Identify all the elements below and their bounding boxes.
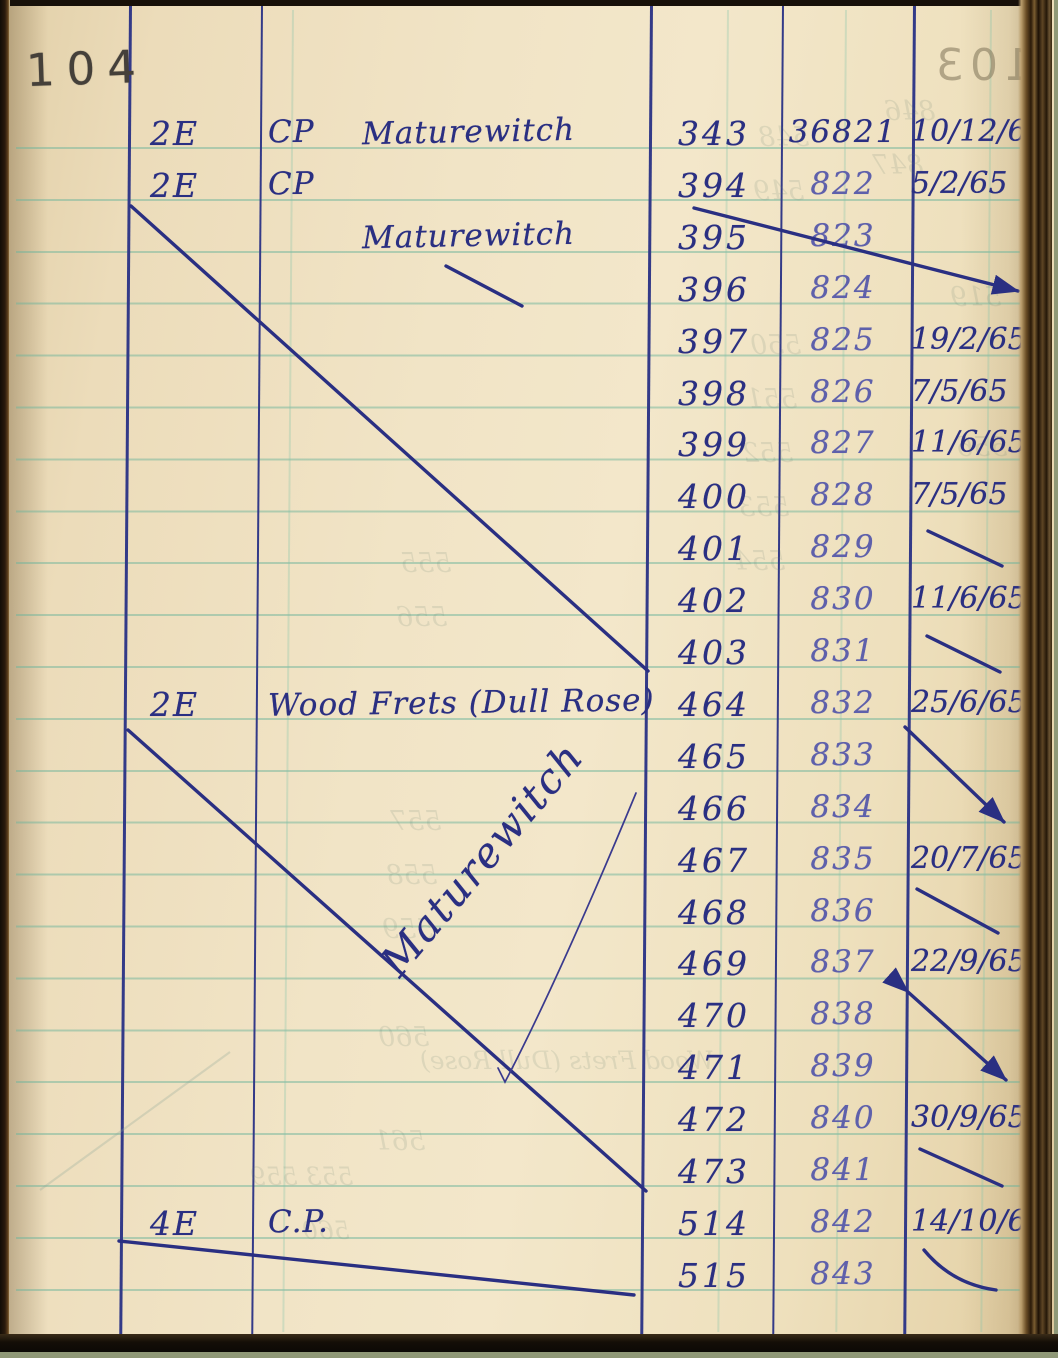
signature-flourish-line	[498, 793, 636, 1082]
date-ditto-arrow-1	[694, 208, 1018, 291]
ghost-diagonal-line	[40, 1052, 230, 1190]
ditto-strokes	[119, 206, 1018, 1295]
ledger-page-scan: 8468475485495195505515565525535545555565…	[0, 0, 1058, 1358]
scan-background-strip	[0, 1352, 1058, 1358]
date-ditto-flourish	[924, 1250, 996, 1290]
ditto-diagonal-lower	[128, 730, 646, 1191]
book-edge-top	[10, 0, 1044, 6]
date-ditto-dash-4	[920, 1149, 1002, 1186]
name-underline-dash	[446, 266, 522, 306]
date-ditto-dash-3	[917, 889, 998, 933]
ditto-horizontal-bottom	[119, 1241, 634, 1295]
ditto-diagonal-upper	[131, 206, 648, 671]
book-edge-left	[0, 0, 9, 1358]
date-ditto-dash-1	[928, 531, 1002, 566]
date-ditto-double-arrow	[908, 992, 1006, 1080]
date-ditto-dash-2	[927, 636, 1000, 672]
date-ditto-arrow-2	[905, 727, 1004, 822]
book-page-edges-right	[1018, 0, 1052, 1352]
ink-strokes-overlay	[0, 0, 1058, 1358]
book-edge-bottom	[0, 1334, 1058, 1352]
